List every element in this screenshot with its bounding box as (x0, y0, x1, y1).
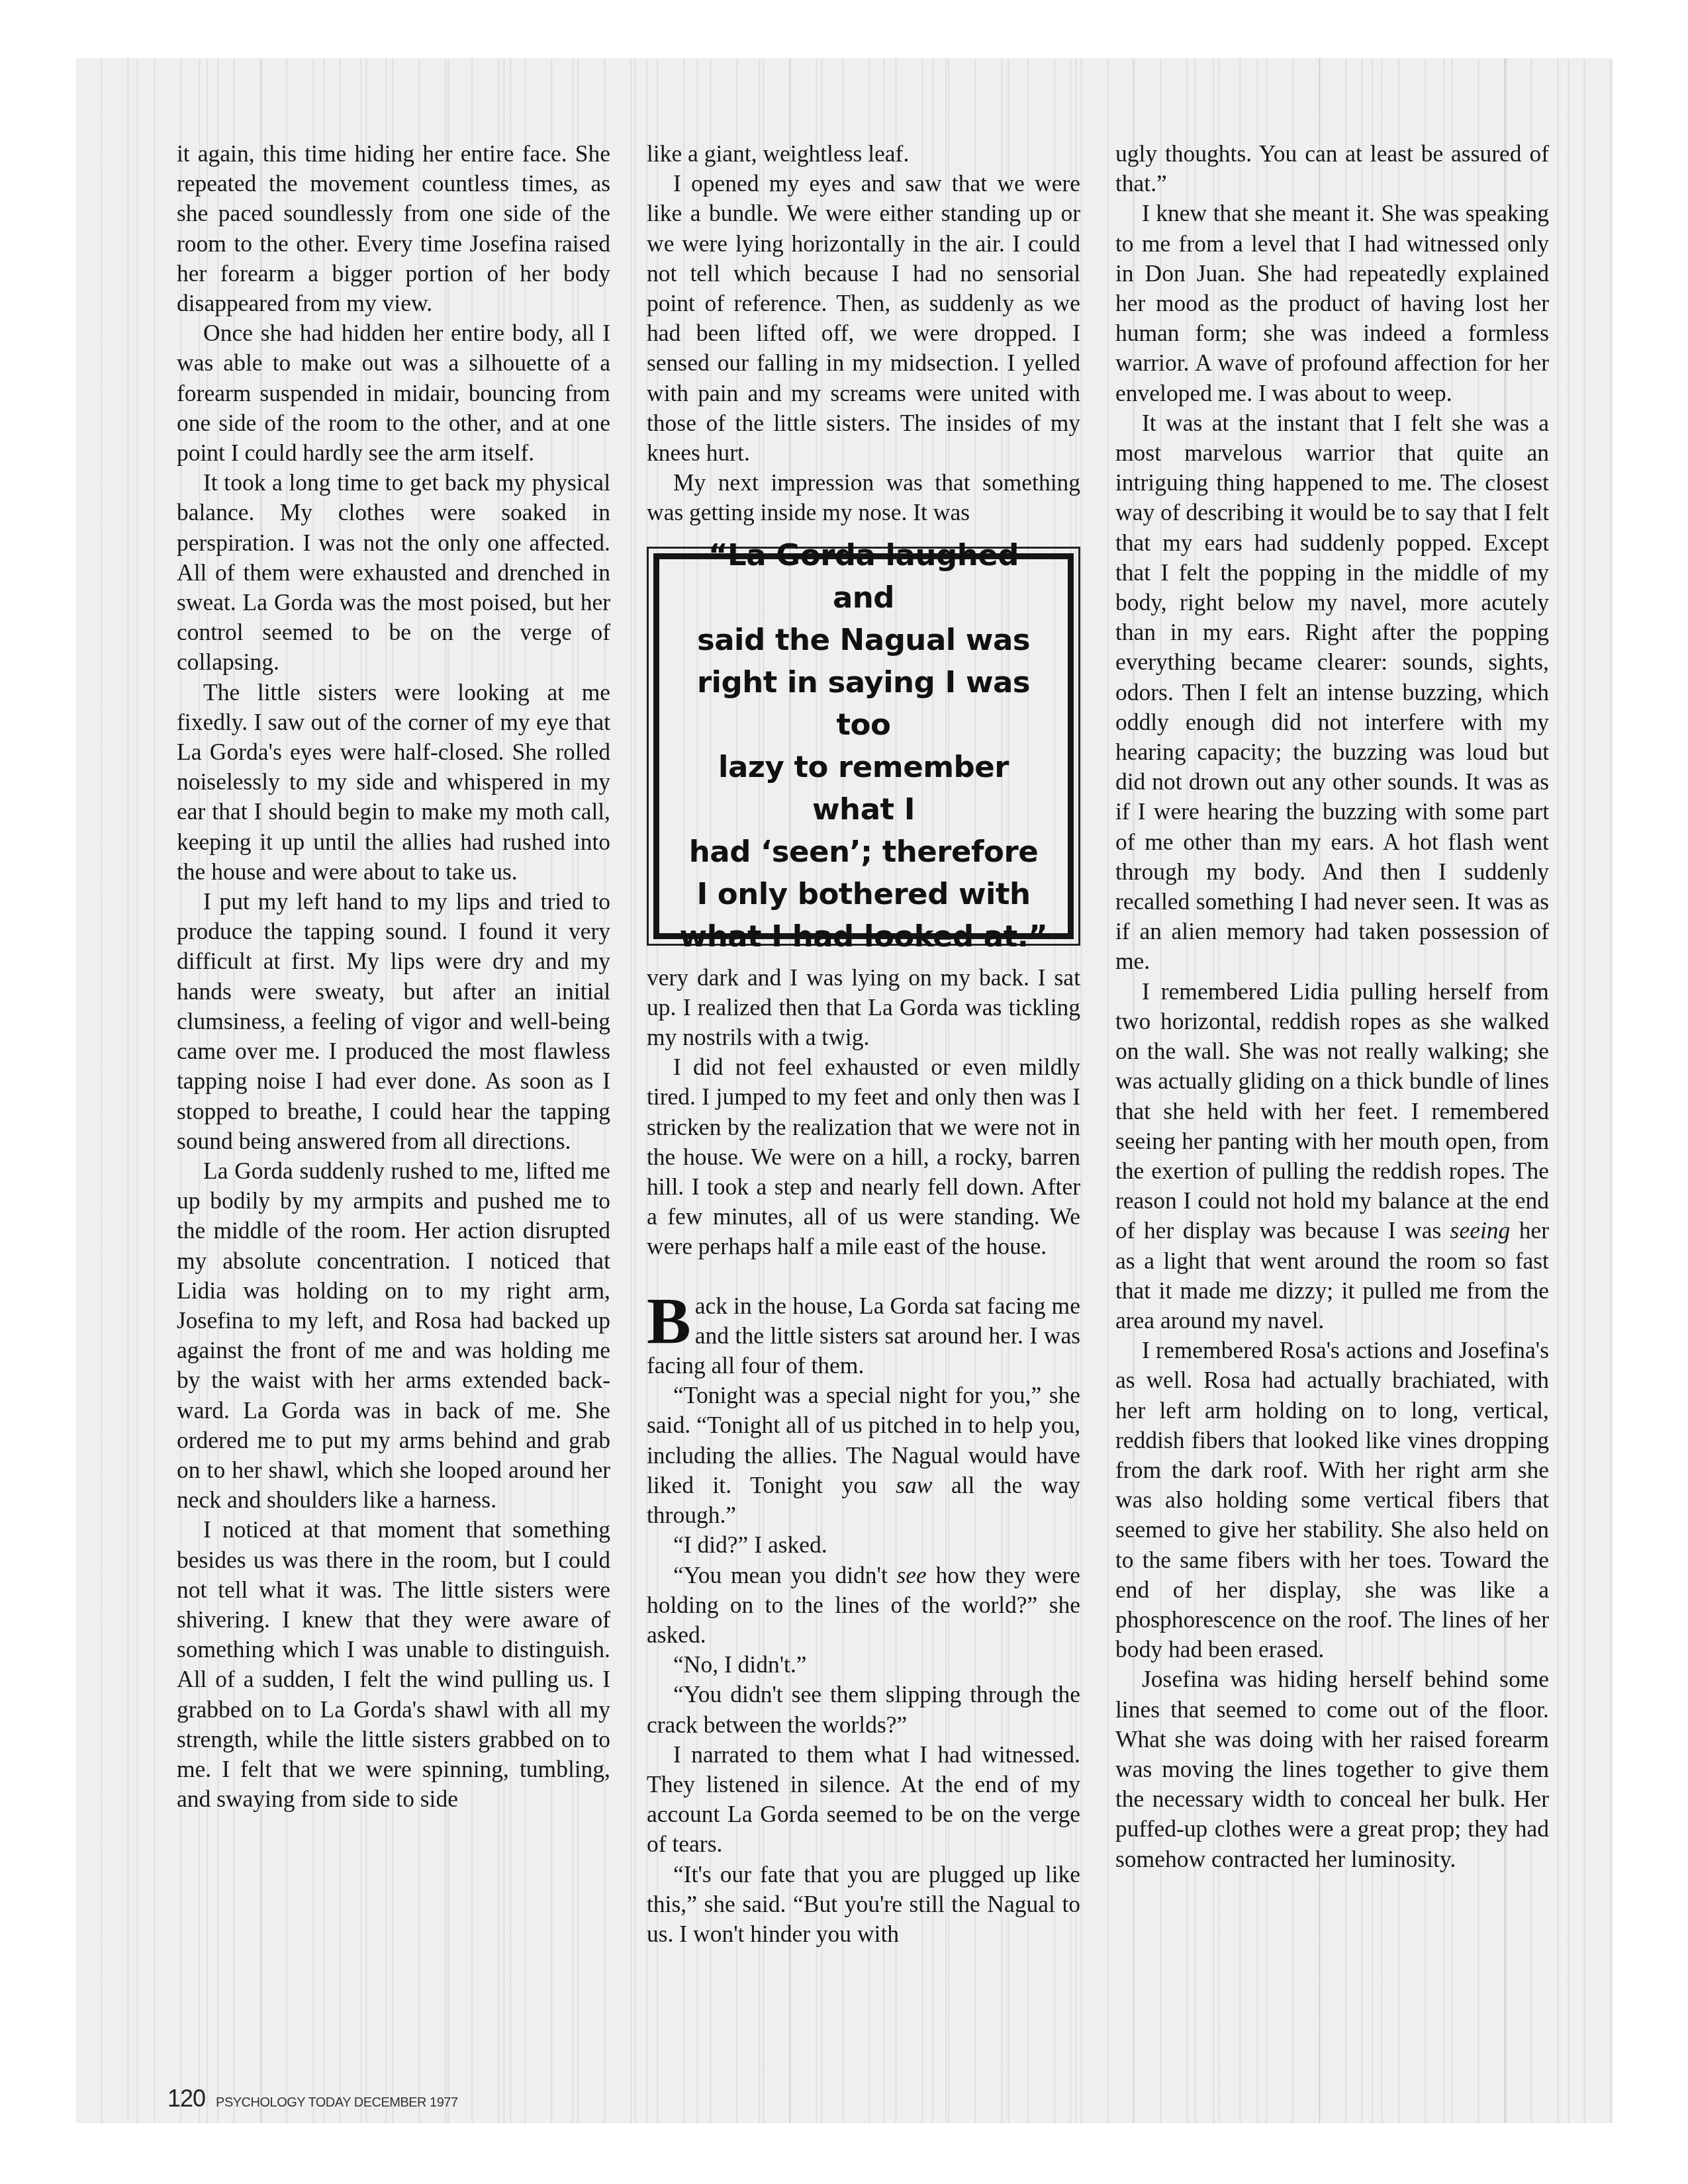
text-run: “It's our fate that you are plugged up l… (647, 1861, 1080, 1947)
text-run: I remembered Rosa's actions and Josefina… (1115, 1337, 1549, 1662)
text-run: ugly thoughts. You can at least be as­su… (1115, 140, 1549, 197)
paragraph: I remembered Lidia pulling herself from … (1115, 977, 1549, 1336)
paragraph: ugly thoughts. You can at least be as­su… (1115, 139, 1549, 199)
paragraph-text: ack in the house, La Gorda sat fac­ing m… (647, 1293, 1080, 1379)
paragraph: “No, I didn't.” (647, 1650, 1080, 1680)
pull-quote: “La Gorda laughed and said the Nagual wa… (675, 534, 1052, 958)
section-break (647, 1262, 1080, 1291)
pull-quote-box: “La Gorda laughed and said the Nagual wa… (647, 547, 1080, 946)
pull-quote-line: lazy to remember what I (675, 746, 1052, 831)
text-run: “You didn't see them slipping through th… (647, 1681, 1080, 1737)
page-footer: 120 PSYCHOLOGY TODAY DECEMBER 1977 (167, 2085, 458, 2113)
pull-quote-line: right in saying I was too (675, 661, 1052, 746)
paragraph: I remembered Rosa's actions and Josefina… (1115, 1336, 1549, 1664)
paragraph: “Tonight was a special night for you,” s… (647, 1381, 1080, 1530)
paragraph: it again, this time hiding her entire fa… (177, 139, 610, 318)
paragraph: very dark and I was lying on my back. I … (647, 963, 1080, 1053)
page-number: 120 (167, 2085, 205, 2113)
paragraph: I opened my eyes and saw that we were li… (647, 169, 1080, 468)
text-run: I remembered Lidia pulling herself from … (1115, 978, 1549, 1244)
paragraph: like a giant, weightless leaf. (647, 139, 1080, 169)
text-run: I narrated to them what I had wit­nessed… (647, 1741, 1080, 1858)
paragraph: “You mean you didn't see how they were h… (647, 1561, 1080, 1651)
drop-cap: B (647, 1295, 691, 1347)
pull-quote-line: “La Gorda laughed and (675, 534, 1052, 619)
paragraph: I noticed at that moment that some­thing… (177, 1515, 610, 1814)
italic-word: saw (896, 1472, 932, 1498)
italic-word: see (896, 1562, 926, 1588)
text-column-1: it again, this time hiding her entire fa… (177, 139, 610, 1814)
text-column-2: like a giant, weightless leaf. I opened … (647, 139, 1080, 1949)
text-run: “No, I didn't.” (673, 1651, 807, 1678)
text-column-3: ugly thoughts. You can at least be as­su… (1115, 139, 1549, 1874)
text-run: “You mean you didn't (673, 1562, 896, 1588)
paragraph: Josefina was hiding herself behind some … (1115, 1664, 1549, 1874)
paragraph: “I did?” I asked. (647, 1530, 1080, 1560)
pull-quote-inner-frame: “La Gorda laughed and said the Nagual wa… (653, 553, 1074, 939)
paragraph: The little sisters were looking at me fi… (177, 678, 610, 887)
text-run: “I did?” I asked. (673, 1531, 827, 1558)
section-opening-paragraph: Back in the house, La Gorda sat fac­ing … (647, 1291, 1080, 1381)
paragraph: I narrated to them what I had wit­nessed… (647, 1740, 1080, 1860)
running-footer: PSYCHOLOGY TODAY DECEMBER 1977 (216, 2095, 458, 2111)
paragraph: Once she had hidden her entire body, all… (177, 318, 610, 468)
paragraph: My next impression was that some­thing w… (647, 468, 1080, 527)
italic-word: seeing (1450, 1217, 1511, 1244)
pull-quote-line: what I had looked at.” (675, 915, 1052, 958)
pull-quote-line: said the Nagual was (675, 619, 1052, 661)
paragraph: I knew that she meant it. She was speaki… (1115, 199, 1549, 408)
text-run: It was at the instant that I felt she wa… (1115, 410, 1549, 975)
paragraph: “You didn't see them slipping through th… (647, 1680, 1080, 1739)
paragraph: La Gorda suddenly rushed to me, lifted m… (177, 1156, 610, 1515)
paragraph: It took a long time to get back my physi… (177, 468, 610, 677)
pull-quote-line: had ‘seen’; therefore (675, 831, 1052, 873)
paragraph: “It's our fate that you are plugged up l… (647, 1860, 1080, 1950)
paragraph: I did not feel exhausted or even mildly … (647, 1052, 1080, 1261)
text-run: I knew that she meant it. She was speaki… (1115, 200, 1549, 406)
pull-quote-line: I only bothered with (675, 873, 1052, 915)
paragraph: It was at the instant that I felt she wa… (1115, 408, 1549, 977)
text-run: Josefina was hiding herself behind some … (1115, 1666, 1549, 1872)
paragraph: I put my left hand to my lips and tried … (177, 887, 610, 1156)
scanned-page: it again, this time hiding her entire fa… (76, 58, 1613, 2123)
